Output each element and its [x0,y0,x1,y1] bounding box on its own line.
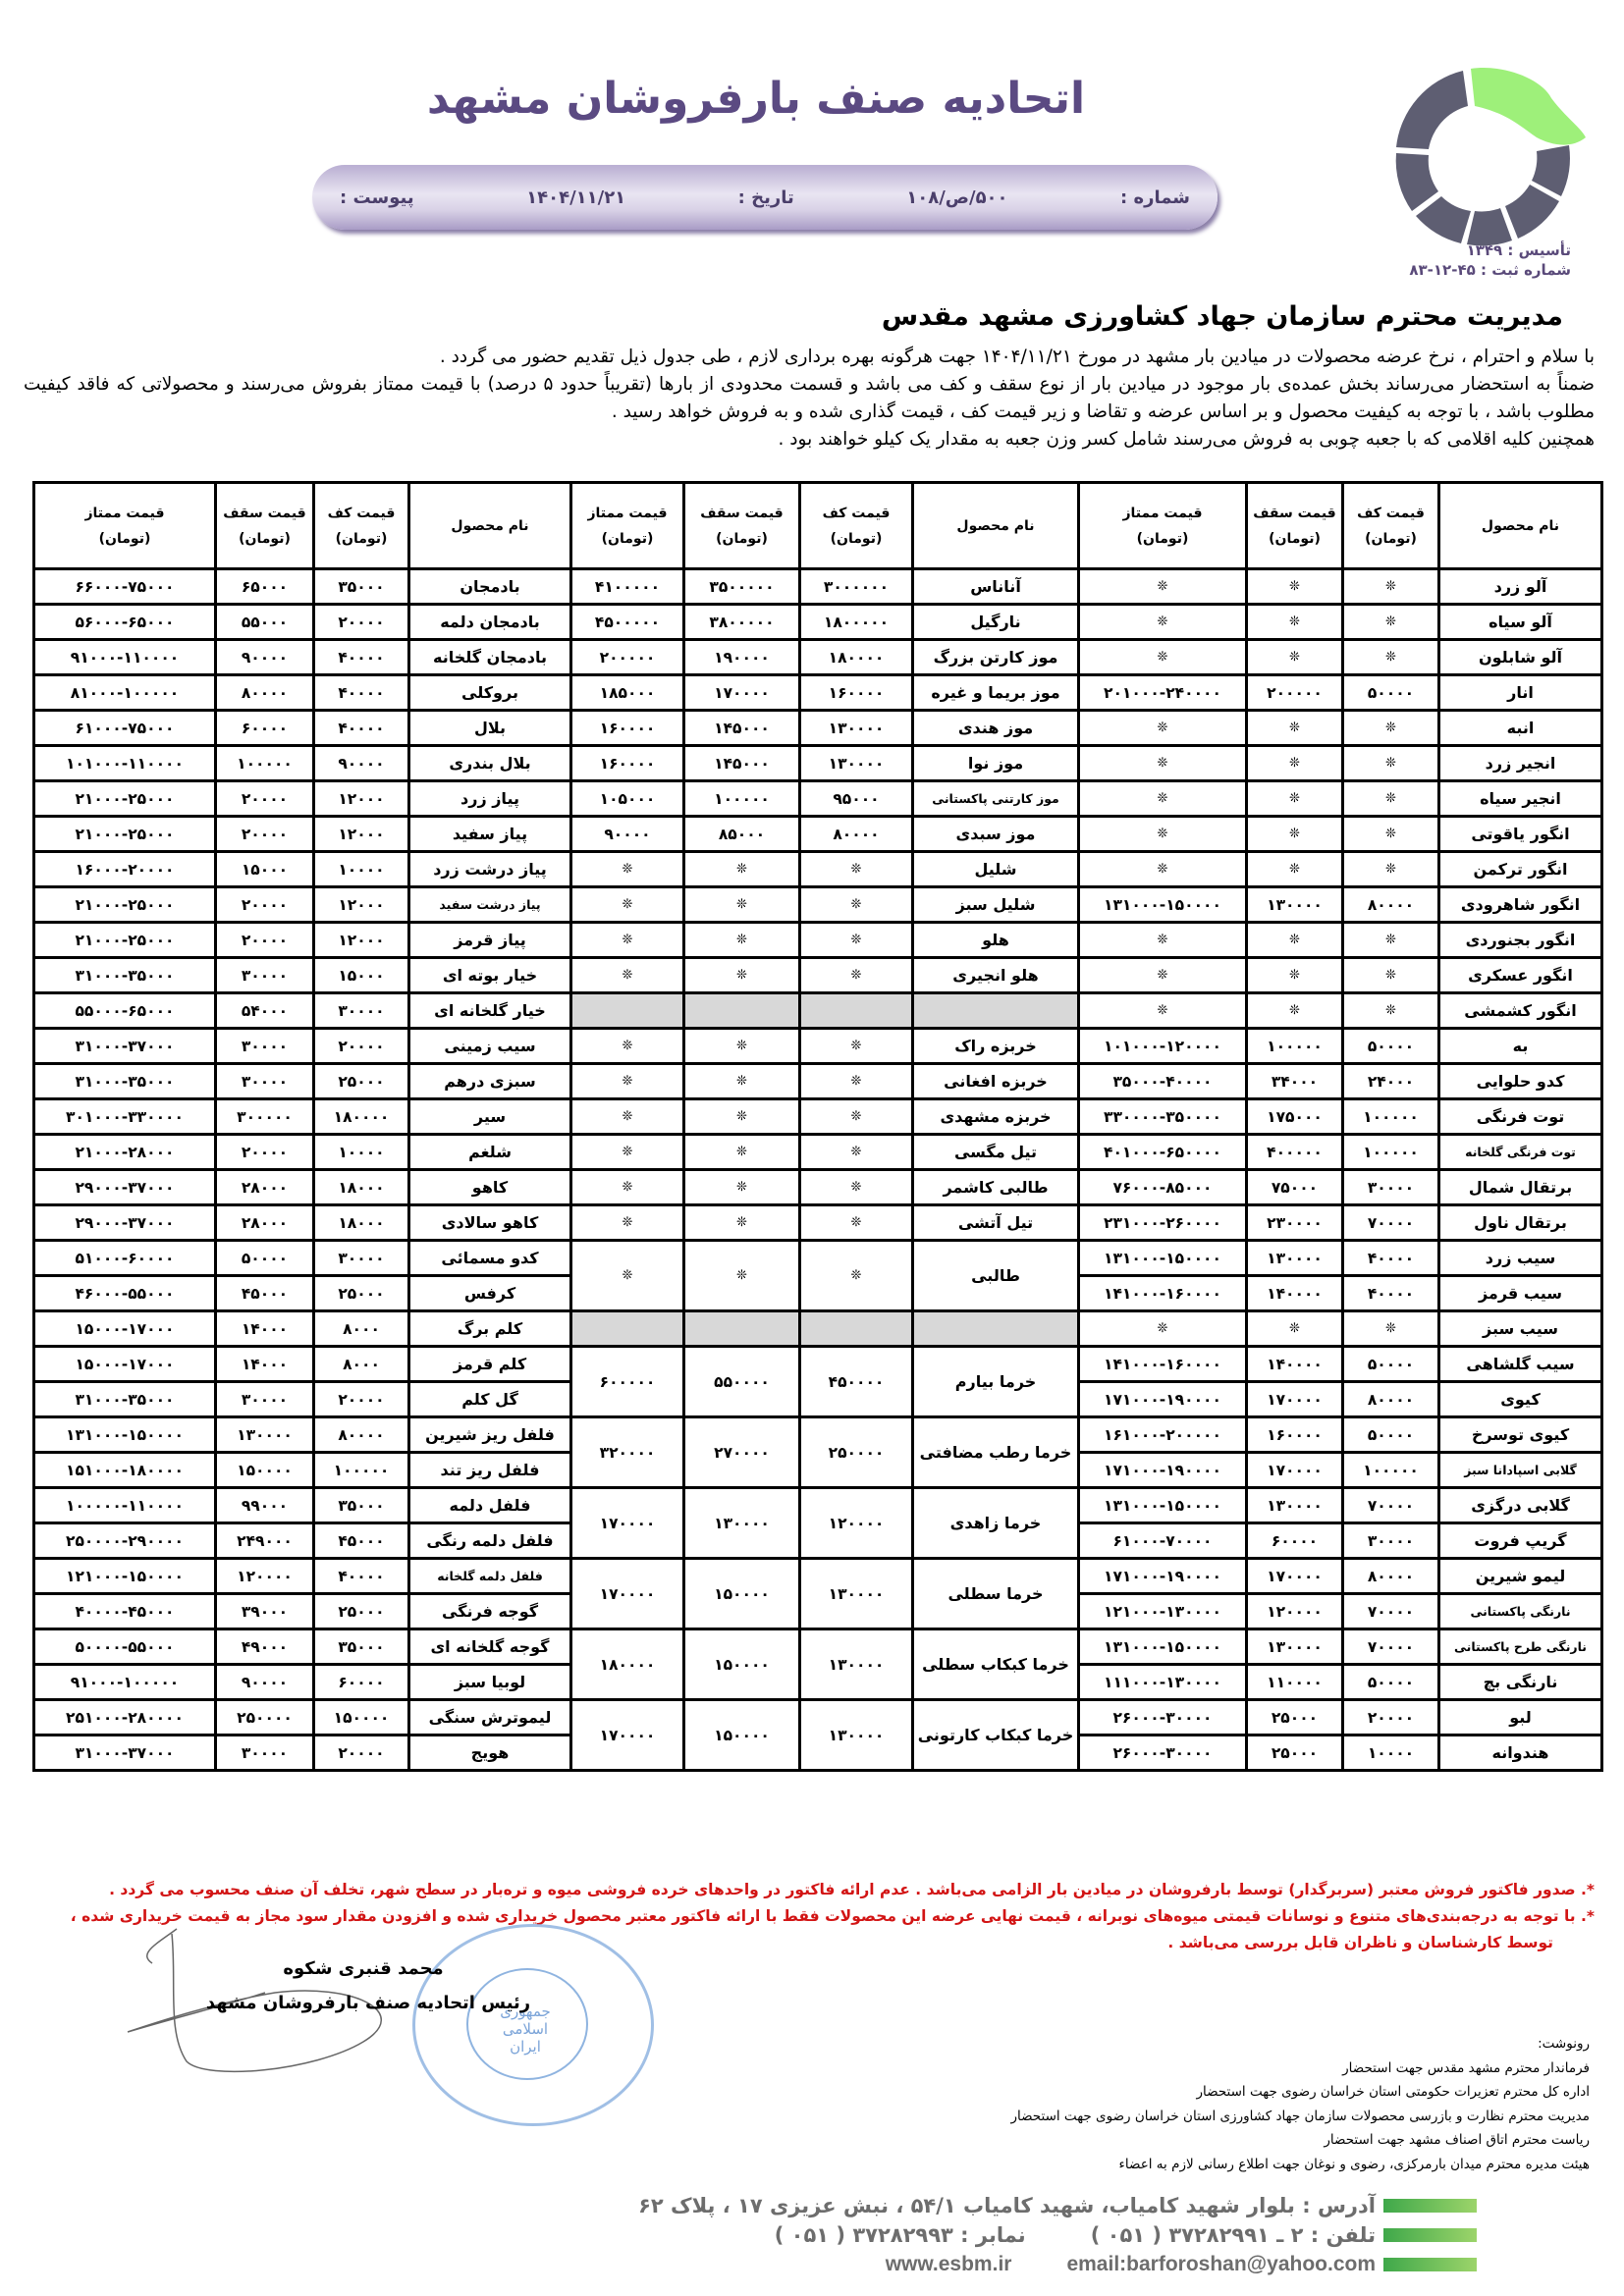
floor-price: ۷۰۰۰۰ [1343,1594,1439,1629]
floor-price: ۷۰۰۰۰ [1343,1629,1439,1665]
ceiling-price: ۱۵۰۰۰۰ [684,1559,800,1629]
table-row: کیوی توسرخ۵۰۰۰۰۱۶۰۰۰۰۱۶۱۰۰۰-۲۰۰۰۰۰خرما ر… [34,1417,1602,1453]
column-header-premium: قیمت ممتاز(تومان) [1079,483,1247,569]
product-name: خربزه راک [913,1029,1079,1064]
product-name: گریپ فروت [1439,1523,1602,1559]
column-header-floor: قیمت کف(تومان) [1343,483,1439,569]
product-name: هلو انجیری [913,958,1079,993]
ceiling-price: ۱۰۰۰۰۰ [216,746,314,781]
intro-paragraph: همچنین کلیه اقلامی که با جعبه چوبی به فر… [24,426,1595,454]
ceiling-price: ۱۵۰۰۰۰ [216,1453,314,1488]
number-value: ۵۰۰/ص/۱۰۸ [906,187,1007,208]
product-name: انگور عسکری [1439,958,1602,993]
ceiling-price: ۸۰۰۰۰ [216,675,314,711]
floor-price: ۸۰۰۰۰ [314,1417,409,1453]
premium-price: ۱۷۱۰۰۰-۱۹۰۰۰۰ [1079,1382,1247,1417]
product-name: تیل آتشی [913,1205,1079,1241]
premium-price: ❊ [1079,817,1247,852]
floor-price: ۲۰۰۰۰ [314,1029,409,1064]
signatory-title: رئیس اتحادیه صنف بارفروشان مشهد [177,1993,560,2013]
product-name: انگور شاهرودی [1439,887,1602,923]
ceiling-price: ۱۱۰۰۰۰ [1247,1665,1343,1700]
product-name: تیل مگسی [913,1135,1079,1170]
cc-label: رونوشت: [951,2032,1590,2056]
premium-price: ۱۵۰۰۰-۱۷۰۰۰ [34,1311,216,1347]
floor-price: ۵۰۰۰۰ [1343,675,1439,711]
product-name: سیب گلشاهی [1439,1347,1602,1382]
ceiling-price: ۶۰۰۰۰ [1247,1523,1343,1559]
floor-price: ۱۲۰۰۰ [314,887,409,923]
product-name: بلال بندری [409,746,571,781]
ceiling-price: ۱۴۰۰۰ [216,1347,314,1382]
floor-price: ۷۰۰۰۰ [1343,1488,1439,1523]
floor-price: ۱۸۰۰۰ [314,1170,409,1205]
recipient-heading: مدیریت محترم سازمان جهاد کشاورزی مشهد مق… [882,301,1563,332]
table-row: سیب گلشاهی۵۰۰۰۰۱۴۰۰۰۰۱۴۱۰۰۰-۱۶۰۰۰۰خرما ب… [34,1347,1602,1382]
ceiling-price: ۱۴۵۰۰۰ [684,711,800,746]
premium-price: ۳۱۰۰۰-۳۷۰۰۰ [34,1735,216,1771]
logo-caption: تأسیس : ۱۳۴۹ شماره ثبت : ۴۵-۱۲-۸۳ [1355,240,1571,280]
premium-price: ۱۷۱۰۰۰-۱۹۰۰۰۰ [1079,1559,1247,1594]
premium-price: ۱۷۱۰۰۰-۱۹۰۰۰۰ [1079,1453,1247,1488]
product-name: انجیر زرد [1439,746,1602,781]
footnote: *. صدور فاکتور فروش معتبر (سربرگدار) توس… [24,1877,1595,1903]
floor-price: ۳۵۰۰۰ [314,1629,409,1665]
ceiling-price: ❊ [1247,605,1343,640]
floor-price: ۳۵۰۰۰ [314,1488,409,1523]
fax: نمابر : ۳۷۲۸۲۹۹۳ ( ۰۵۱ ) [775,2220,1026,2250]
ceiling-price: ❊ [1247,852,1343,887]
floor-price: ❊ [1343,958,1439,993]
product-name: موز کارتنی پاکستانی [913,781,1079,817]
premium-price: ۱۰۱۰۰۰-۱۱۰۰۰۰ [34,746,216,781]
premium-price: ۱۵۰۰۰-۱۷۰۰۰ [34,1347,216,1382]
floor-price: ۸۰۰۰ [314,1347,409,1382]
premium-price: ❊ [1079,711,1247,746]
ceiling-price: ۲۵۰۰۰ [1247,1700,1343,1735]
premium-price: ۴۶۰۰۰-۵۵۰۰۰ [34,1276,216,1311]
product-name: خرما سطلی [913,1559,1079,1629]
ceiling-price: ۸۵۰۰۰ [684,817,800,852]
contact-block: آدرس : بلوار شهید کامیاب، شهید کامیاب ۵۴… [638,2191,1477,2279]
premium-price: ۵۵۰۰۰-۶۵۰۰۰ [34,993,216,1029]
product-name: سیب سبز [1439,1311,1602,1347]
floor-price: ۲۵۰۰۰۰ [800,1417,913,1488]
floor-price: ۲۵۰۰۰ [314,1594,409,1629]
premium-price: ۹۱۰۰۰-۱۱۰۰۰۰ [34,640,216,675]
premium-price: ۱۵۱۰۰۰-۱۸۰۰۰۰ [34,1453,216,1488]
column-header-floor: قیمت کف(تومان) [800,483,913,569]
ceiling-price: ❊ [1247,711,1343,746]
column-header-ceiling: قیمت سقف(تومان) [216,483,314,569]
product-name: موز سبدی [913,817,1079,852]
premium-price: ۲۹۰۰۰-۳۷۰۰۰ [34,1205,216,1241]
premium-price: ۳۳۰۰۰۰-۳۵۰۰۰۰ [1079,1099,1247,1135]
product-name: برتقال شمال [1439,1170,1602,1205]
ceiling-price: ۳۰۰۰۰ [216,958,314,993]
floor-price: ۱۳۰۰۰۰ [800,1629,913,1700]
floor-price: ۲۰۰۰۰ [314,1735,409,1771]
ceiling-price: ۳۸۰۰۰۰۰ [684,605,800,640]
cc-item: هیئت مدیره محترم میدان بارمرکزی، رضوی و … [951,2153,1590,2177]
ceiling-price: ۲۰۰۰۰ [216,817,314,852]
floor-price: ۲۵۰۰۰ [314,1064,409,1099]
premium-price [571,993,684,1029]
ceiling-price: ❊ [684,1170,800,1205]
ceiling-price: ❊ [1247,781,1343,817]
premium-price: ۸۱۰۰۰-۱۰۰۰۰۰ [34,675,216,711]
ceiling-price: ❊ [1247,817,1343,852]
ceiling-price: ۹۹۰۰۰ [216,1488,314,1523]
website-link[interactable]: www.esbm.ir [886,2250,1012,2279]
product-name: گلابی اسپادانا سبز [1439,1453,1602,1488]
table-row: به۵۰۰۰۰۱۰۰۰۰۰۱۰۱۰۰۰-۱۲۰۰۰۰خربزه راک❊❊❊سی… [34,1029,1602,1064]
floor-price: ۲۵۰۰۰ [314,1276,409,1311]
ceiling-price: ❊ [1247,569,1343,605]
premium-price: ۶۱۰۰۰-۷۰۰۰۰ [1079,1523,1247,1559]
ceiling-price: ❊ [1247,746,1343,781]
product-name: هلو [913,923,1079,958]
premium-price: ۱۳۱۰۰۰-۱۵۰۰۰۰ [1079,1629,1247,1665]
product-name: گلابی درگزی [1439,1488,1602,1523]
floor-price: ۸۰۰۰۰ [1343,1382,1439,1417]
floor-price: ❊ [1343,993,1439,1029]
floor-price: ۱۲۰۰۰ [314,923,409,958]
product-name: هویج [409,1735,571,1771]
floor-price: ❊ [1343,781,1439,817]
floor-price: ۱۸۰۰۰۰ [800,640,913,675]
ceiling-price: ۲۸۰۰۰ [216,1205,314,1241]
floor-price: ۱۸۰۰۰ [314,1205,409,1241]
floor-price: ❊ [800,852,913,887]
floor-price: ۸۰۰۰۰ [1343,1559,1439,1594]
product-name: انار [1439,675,1602,711]
table-row: انار۵۰۰۰۰۲۰۰۰۰۰۲۰۱۰۰۰-۲۴۰۰۰۰موز بریما و … [34,675,1602,711]
premium-price: ۹۱۰۰۰-۱۰۰۰۰۰ [34,1665,216,1700]
product-name: انگور یاقوتی [1439,817,1602,852]
ceiling-price: ۳۰۰۰۰ [216,1029,314,1064]
premium-price: ۳۱۰۰۰-۳۵۰۰۰ [34,958,216,993]
phone: تلفن : ۲ ـ ۳۷۲۸۲۹۹۱ ( ۰۵۱ ) [1091,2220,1376,2250]
premium-price: ۱۸۵۰۰۰ [571,675,684,711]
product-name: پیاز زرد [409,781,571,817]
premium-price: ۲۰۱۰۰۰-۲۴۰۰۰۰ [1079,675,1247,711]
floor-price: ۱۶۰۰۰۰ [800,675,913,711]
floor-price: ❊ [800,958,913,993]
floor-price: ❊ [800,1241,913,1311]
product-name: نارگیل [913,605,1079,640]
ceiling-price: ❊ [684,1029,800,1064]
ceiling-price: ۱۰۰۰۰۰ [1247,1029,1343,1064]
premium-price: ۲۱۰۰۰-۲۵۰۰۰ [34,781,216,817]
ceiling-price: ۱۷۰۰۰۰ [1247,1559,1343,1594]
product-name: فلفل ریز تند [409,1453,571,1488]
ceiling-price: ۱۳۰۰۰۰ [1247,887,1343,923]
floor-price [800,1311,913,1347]
product-name: سیب زرد [1439,1241,1602,1276]
ceiling-price: ❊ [684,1135,800,1170]
ceiling-price: ۱۳۰۰۰۰ [684,1488,800,1559]
floor-price: ❊ [1343,923,1439,958]
email-link[interactable]: email:barforoshan@yahoo.com [1066,2250,1376,2279]
table-row: گلابی درگزی۷۰۰۰۰۱۳۰۰۰۰۱۳۱۰۰۰-۱۵۰۰۰۰خرما … [34,1488,1602,1523]
premium-price: ۶۶۰۰۰-۷۵۰۰۰ [34,569,216,605]
floor-price: ❊ [1343,1311,1439,1347]
floor-price: ۱۰۰۰۰۰ [1343,1135,1439,1170]
floor-price: ۱۰۰۰۰ [314,852,409,887]
premium-price: ۴۵۰۰۰۰۰ [571,605,684,640]
product-name: کیوی توسرخ [1439,1417,1602,1453]
premium-price: ۲۶۰۰۰-۳۰۰۰۰ [1079,1735,1247,1771]
table-row: توت فرنگی۱۰۰۰۰۰۱۷۵۰۰۰۳۳۰۰۰۰-۳۵۰۰۰۰خربزه … [34,1099,1602,1135]
floor-price: ❊ [1343,817,1439,852]
premium-price: ۱۶۰۰۰-۲۰۰۰۰ [34,852,216,887]
price-table: نام محصولقیمت کف(تومان)قیمت سقف(تومان)قی… [32,481,1603,1772]
ceiling-price: ۱۵۰۰۰۰ [684,1629,800,1700]
product-name: خرما کبکاب سطلی [913,1629,1079,1700]
floor-price [800,993,913,1029]
ceiling-price: ❊ [1247,993,1343,1029]
ceiling-price: ۱۳۰۰۰۰ [1247,1629,1343,1665]
ceiling-price: ۱۵۰۰۰ [216,852,314,887]
table-row: انگور بجنوردی❊❊❊هلو❊❊❊پیاز قرمز۱۲۰۰۰۲۰۰۰… [34,923,1602,958]
floor-price: ۵۰۰۰۰ [1343,1029,1439,1064]
product-name: خرما بیارم [913,1347,1079,1417]
product-name: توت فرنگی [1439,1099,1602,1135]
ceiling-price: ۲۳۰۰۰۰ [1247,1205,1343,1241]
product-name: انجیر سیاه [1439,781,1602,817]
floor-price: ۱۰۰۰۰۰ [1343,1099,1439,1135]
product-name: گل کلم [409,1382,571,1417]
premium-price: ۶۰۰۰۰۰ [571,1347,684,1417]
product-name: لبو [1439,1700,1602,1735]
product-name: موز کارتن بزرگ [913,640,1079,675]
green-bar-decoration [1383,2199,1477,2213]
premium-price: ۱۱۱۰۰۰-۱۳۰۰۰۰ [1079,1665,1247,1700]
product-name: بروکلی [409,675,571,711]
column-header-premium: قیمت ممتاز(تومان) [34,483,216,569]
product-name: انگور بجنوردی [1439,923,1602,958]
product-name: لیموترش سنگی [409,1700,571,1735]
premium-price: ❊ [571,887,684,923]
premium-price: ۴۰۱۰۰۰-۶۵۰۰۰۰ [1079,1135,1247,1170]
ceiling-price: ۲۵۰۰۰۰ [216,1700,314,1735]
ceiling-price: ۱۴۰۰۰ [216,1311,314,1347]
premium-price: ۲۹۰۰۰-۳۷۰۰۰ [34,1170,216,1205]
ceiling-price: ❊ [684,958,800,993]
premium-price: ۱۷۰۰۰۰ [571,1559,684,1629]
ceiling-price: ❊ [1247,640,1343,675]
floor-price: ۵۰۰۰۰ [1343,1347,1439,1382]
ceiling-price: ❊ [684,1241,800,1311]
ceiling-price: ۱۷۰۰۰۰ [684,675,800,711]
floor-price: ۱۰۰۰۰۰ [1343,1453,1439,1488]
product-name: خربزه مشهدی [913,1099,1079,1135]
product-name: سیر [409,1099,571,1135]
intro-paragraph: با سلام و احترام ، نرخ عرضه محصولات در م… [24,344,1595,371]
address: آدرس : بلوار شهید کامیاب، شهید کامیاب ۵۴… [638,2191,1376,2220]
premium-price: ۵۱۰۰۰-۶۰۰۰۰ [34,1241,216,1276]
premium-price: ❊ [1079,923,1247,958]
ceiling-price: ۳۵۰۰۰۰۰ [684,569,800,605]
ceiling-price: ۱۳۰۰۰۰ [1247,1241,1343,1276]
ceiling-price: ۱۴۵۰۰۰ [684,746,800,781]
premium-price: ۱۴۱۰۰۰-۱۶۰۰۰۰ [1079,1347,1247,1382]
product-name: کلم برگ [409,1311,571,1347]
floor-price: ۱۰۰۰۰ [314,1135,409,1170]
floor-price: ۱۵۰۰۰۰ [314,1700,409,1735]
product-name: خربزه افغانی [913,1064,1079,1099]
product-name: برتقال ناول [1439,1205,1602,1241]
product-name: هندوانه [1439,1735,1602,1771]
product-name: کدو مسمائی [409,1241,571,1276]
table-row: برتقال شمال۳۰۰۰۰۷۵۰۰۰۷۶۰۰۰-۸۵۰۰۰طالبی کا… [34,1170,1602,1205]
floor-price: ۱۲۰۰۰ [314,817,409,852]
premium-price: ❊ [571,1099,684,1135]
product-name: فلفل ریز شیرین [409,1417,571,1453]
product-name [913,1311,1079,1347]
premium-price: ۱۶۱۰۰۰-۲۰۰۰۰۰ [1079,1417,1247,1453]
ceiling-price: ۱۷۰۰۰۰ [1247,1453,1343,1488]
premium-price: ۲۵۰۰۰۰-۲۹۰۰۰۰ [34,1523,216,1559]
table-header-row: نام محصولقیمت کف(تومان)قیمت سقف(تومان)قی… [34,483,1602,569]
product-name: آلو زرد [1439,569,1602,605]
ceiling-price: ۲۰۰۰۰ [216,1135,314,1170]
product-name: لیمو شیرین [1439,1559,1602,1594]
ceiling-price: ۹۰۰۰۰ [216,640,314,675]
ceiling-price: ۹۰۰۰۰ [216,1665,314,1700]
signatory-name: محمد قنبری شکوه [275,1958,452,1979]
floor-price: ۹۵۰۰۰ [800,781,913,817]
product-name: شلیل [913,852,1079,887]
ceiling-price: ❊ [684,923,800,958]
product-name: کرفس [409,1276,571,1311]
premium-price: ۴۱۰۰۰۰۰ [571,569,684,605]
premium-price: ۳۱۰۰۰-۳۷۰۰۰ [34,1029,216,1064]
floor-price: ۲۰۰۰۰ [314,605,409,640]
ceiling-price: ۱۷۰۰۰۰ [1247,1382,1343,1417]
floor-price: ❊ [800,1064,913,1099]
premium-price: ۱۶۰۰۰۰ [571,711,684,746]
premium-price: ۱۸۰۰۰۰ [571,1629,684,1700]
table-row: انجیر سیاه❊❊❊موز کارتنی پاکستانی۹۵۰۰۰۱۰۰… [34,781,1602,817]
ceiling-price: ۶۵۰۰۰ [216,569,314,605]
product-name: گوجه گلخانه ای [409,1629,571,1665]
ceiling-price: ❊ [684,887,800,923]
premium-price: ❊ [571,1205,684,1241]
table-row: سیب زرد۴۰۰۰۰۱۳۰۰۰۰۱۳۱۰۰۰-۱۵۰۰۰۰طالبی❊❊❊ک… [34,1241,1602,1276]
product-name: پیاز سفید [409,817,571,852]
product-name: سیب قرمز [1439,1276,1602,1311]
floor-price: ۵۰۰۰۰ [1343,1665,1439,1700]
premium-price: ❊ [1079,781,1247,817]
floor-price: ❊ [800,1205,913,1241]
product-name: پیاز درشت زرد [409,852,571,887]
ceiling-price: ۵۰۰۰۰ [216,1241,314,1276]
premium-price: ۱۳۱۰۰۰-۱۵۰۰۰۰ [1079,1488,1247,1523]
ceiling-price: ۲۰۰۰۰ [216,781,314,817]
premium-price: ۱۳۱۰۰۰-۱۵۰۰۰۰ [1079,1241,1247,1276]
product-name: خرما رطب مضافتی [913,1417,1079,1488]
floor-price: ۹۰۰۰۰ [314,746,409,781]
ceiling-price: ۱۹۰۰۰۰ [684,640,800,675]
ceiling-price: ۲۸۰۰۰ [216,1170,314,1205]
ceiling-price: ۵۵۰۰۰ [216,605,314,640]
premium-price [571,1311,684,1347]
ceiling-price: ۱۴۰۰۰۰ [1247,1276,1343,1311]
cc-item: فرماندار محترم مشهد مقدس جهت استحضار [951,2056,1590,2081]
floor-price: ۴۰۰۰۰ [1343,1276,1439,1311]
product-name: گوجه فرنگی [409,1594,571,1629]
ceiling-price: ❊ [684,1205,800,1241]
premium-price: ۳۲۰۰۰۰ [571,1417,684,1488]
floor-price: ۴۰۰۰۰ [314,675,409,711]
product-name: نارنگی بچ [1439,1665,1602,1700]
product-name: لوبیا سبز [409,1665,571,1700]
premium-price: ❊ [571,852,684,887]
premium-price: ۳۵۰۰۰-۴۰۰۰۰ [1079,1064,1247,1099]
floor-price: ۴۰۰۰۰ [314,1559,409,1594]
registration-number: شماره ثبت : ۴۵-۱۲-۸۳ [1355,260,1571,280]
premium-price: ۱۰۱۰۰۰-۱۲۰۰۰۰ [1079,1029,1247,1064]
intro-paragraph: ضمناً به استحضار می‌رساند بخش عمده‌ی بار… [24,371,1595,426]
floor-price: ۱۰۰۰۰۰ [314,1453,409,1488]
product-name: بادمجان [409,569,571,605]
ceiling-price [684,993,800,1029]
ceiling-price: ۳۰۰۰۰ [216,1382,314,1417]
premium-price: ۱۳۱۰۰۰-۱۵۰۰۰۰ [34,1417,216,1453]
premium-price: ❊ [571,1170,684,1205]
premium-price: ۲۰۰۰۰۰ [571,640,684,675]
premium-price: ۱۰۵۰۰۰ [571,781,684,817]
premium-price: ۳۱۰۰۰-۳۵۰۰۰ [34,1064,216,1099]
ceiling-price: ۳۰۰۰۰ [216,1064,314,1099]
floor-price: ❊ [800,1099,913,1135]
union-logo-icon [1375,54,1591,250]
product-name: خرما کبکاب کارتونی [913,1700,1079,1771]
ceiling-price: ۴۹۰۰۰ [216,1629,314,1665]
ceiling-price: ۷۵۰۰۰ [1247,1170,1343,1205]
floor-price: ۴۵۰۰۰۰ [800,1347,913,1417]
product-name: کلم قرمز [409,1347,571,1382]
ceiling-price: ۵۴۰۰۰ [216,993,314,1029]
product-name: سیب زمینی [409,1029,571,1064]
premium-price: ۴۰۰۰۰-۴۵۰۰۰ [34,1594,216,1629]
premium-price: ۱۰۰۰۰۰-۱۱۰۰۰۰ [34,1488,216,1523]
floor-price: ۴۰۰۰۰ [314,640,409,675]
floor-price: ❊ [1343,711,1439,746]
premium-price: ۱۲۱۰۰۰-۱۵۰۰۰۰ [34,1559,216,1594]
ceiling-price: ۳۴۰۰۰ [1247,1064,1343,1099]
premium-price: ۲۱۰۰۰-۲۵۰۰۰ [34,923,216,958]
floor-price: ۷۰۰۰۰ [1343,1205,1439,1241]
ceiling-price: ۴۰۰۰۰۰ [1247,1135,1343,1170]
floor-price: ۸۰۰۰۰ [1343,887,1439,923]
table-row: انگور شاهرودی۸۰۰۰۰۱۳۰۰۰۰۱۳۱۰۰۰-۱۵۰۰۰۰شلی… [34,887,1602,923]
number-label: شماره : [1120,187,1190,208]
column-header-name: نام محصول [913,483,1079,569]
premium-price: ۱۳۱۰۰۰-۱۵۰۰۰۰ [1079,887,1247,923]
table-row: کدو حلوایی۲۴۰۰۰۳۴۰۰۰۳۵۰۰۰-۴۰۰۰۰خربزه افغ… [34,1064,1602,1099]
column-header-ceiling: قیمت سقف(تومان) [1247,483,1343,569]
product-name: نارنگی پاکستانی [1439,1594,1602,1629]
premium-price: ۶۱۰۰۰-۷۵۰۰۰ [34,711,216,746]
ceiling-price: ۱۰۰۰۰۰ [684,781,800,817]
floor-price: ۱۲۰۰۰۰ [800,1488,913,1559]
premium-price: ۲۱۰۰۰-۲۸۰۰۰ [34,1135,216,1170]
premium-price: ❊ [571,1241,684,1311]
ceiling-price: ۱۳۰۰۰۰ [216,1417,314,1453]
